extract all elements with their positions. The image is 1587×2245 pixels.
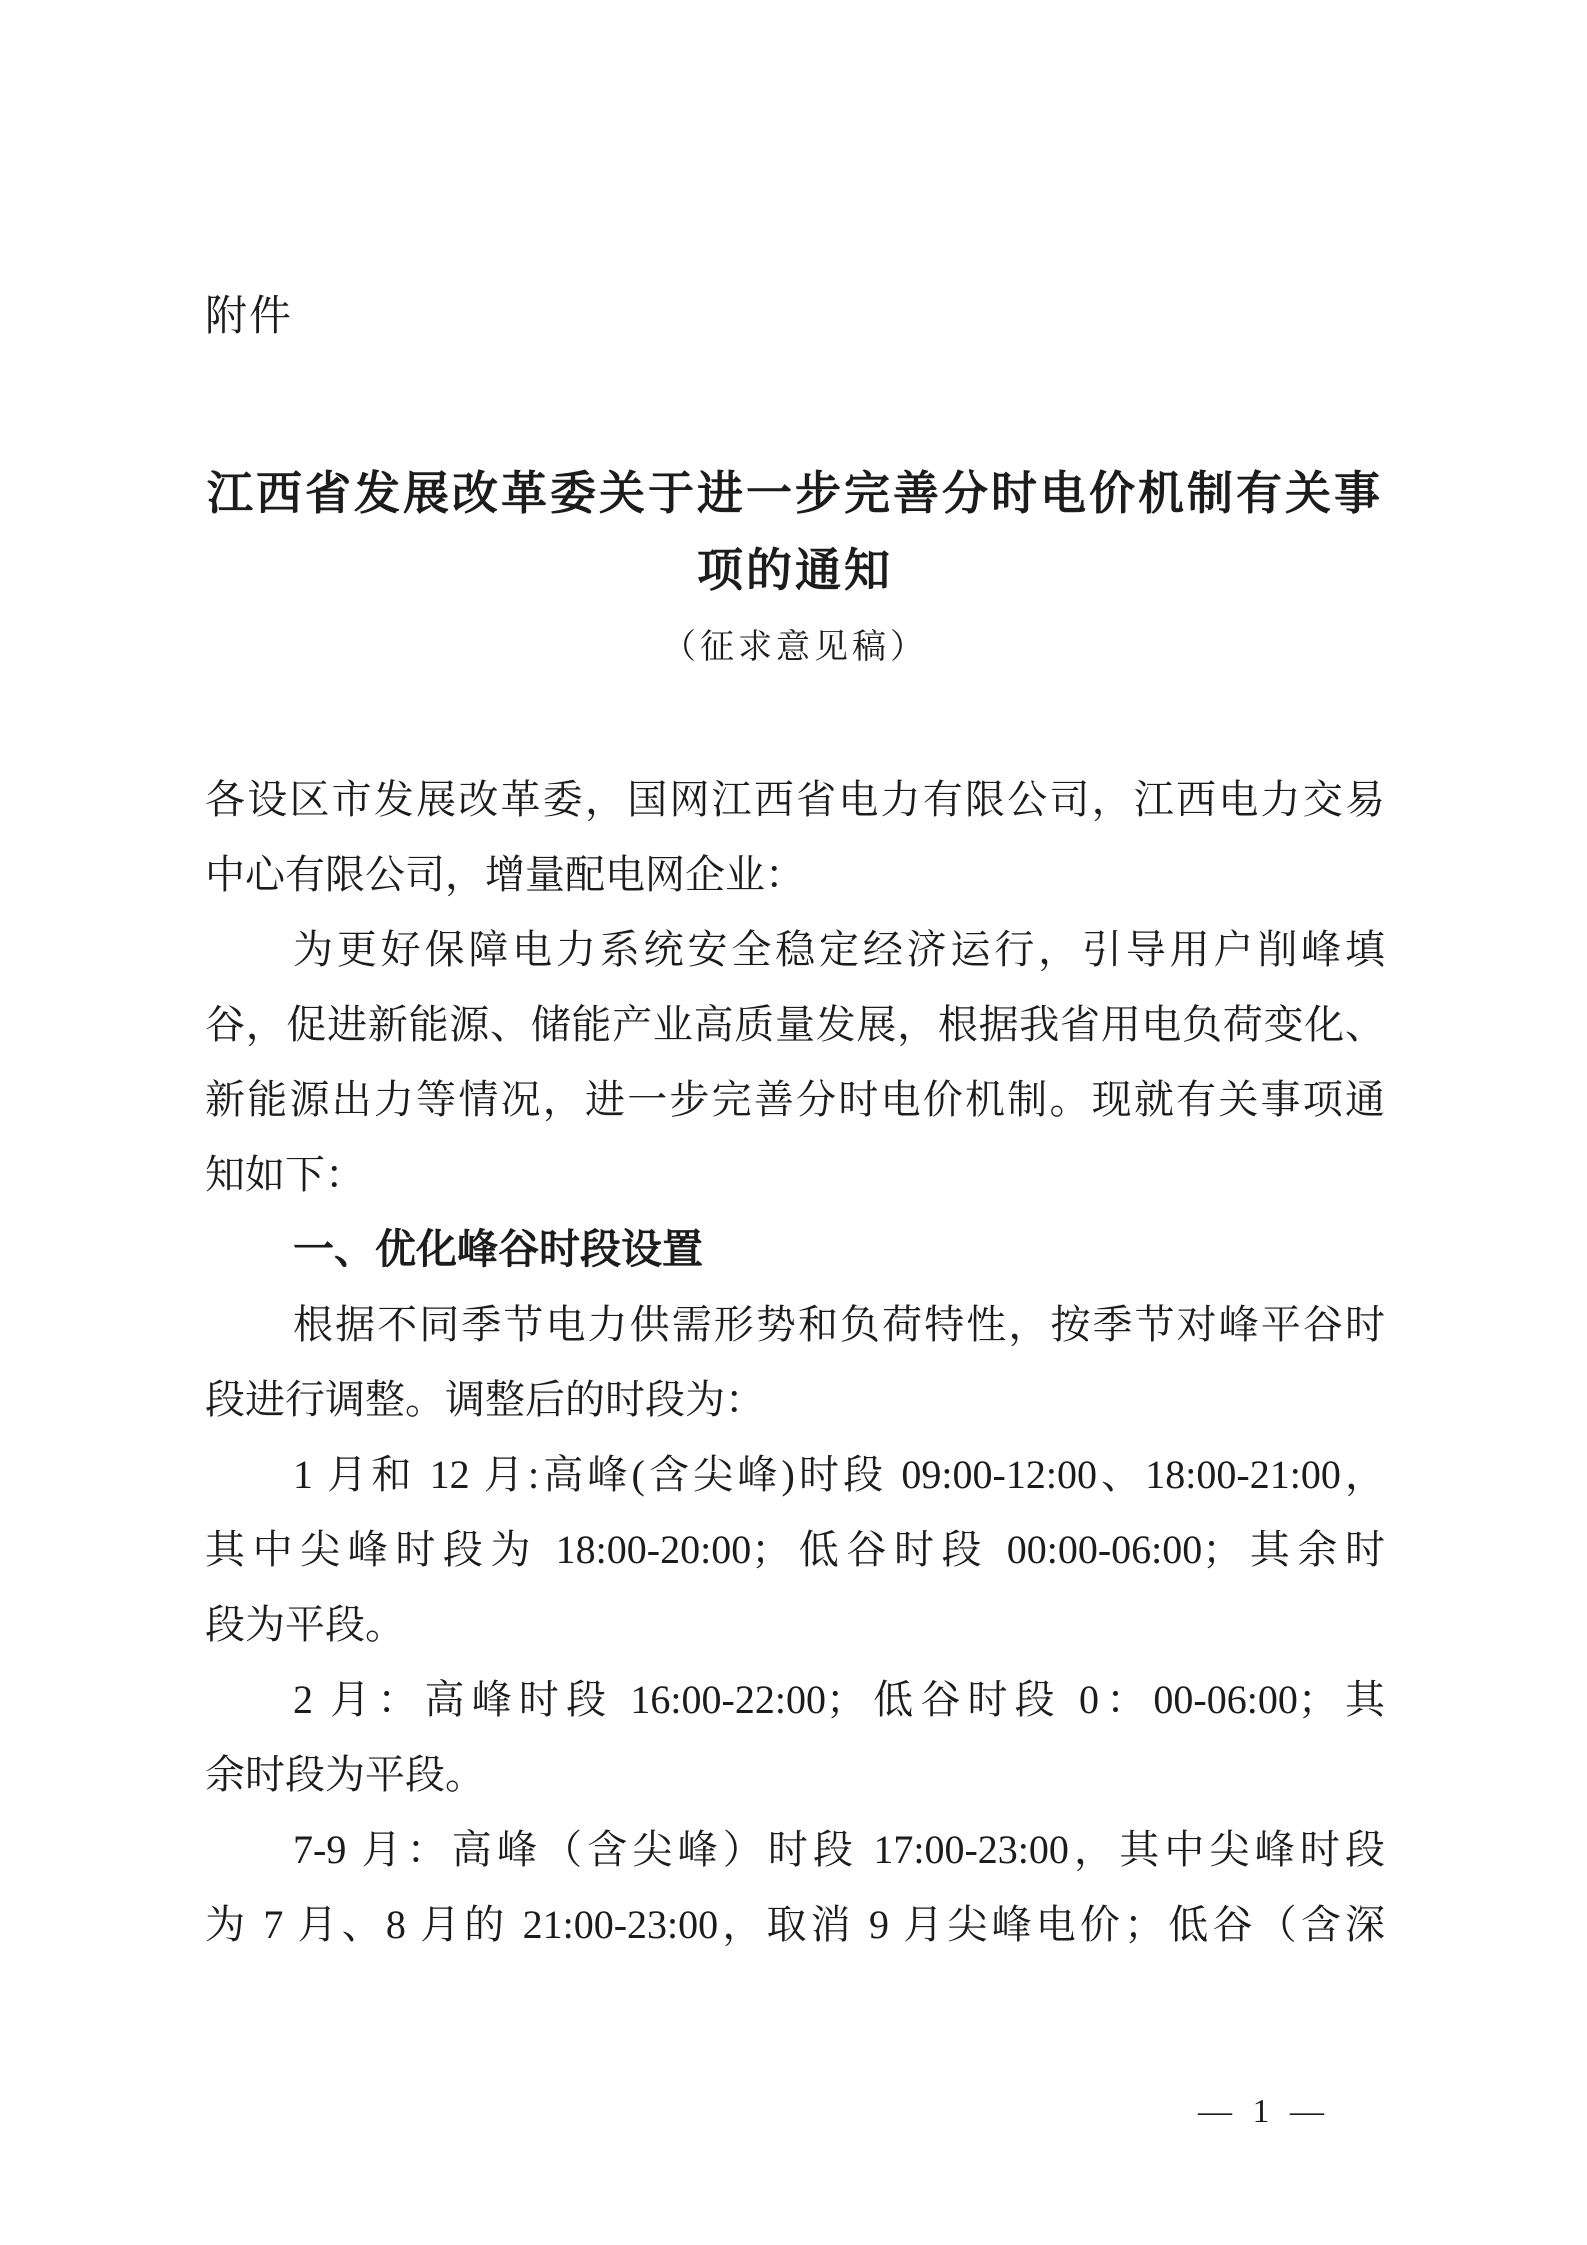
body-line: 知如下： xyxy=(205,1137,1385,1212)
page-number: — 1 — xyxy=(1198,2090,1330,2134)
body-line: 谷，促进新能源、储能产业高质量发展，根据我省用电负荷变化、 xyxy=(205,987,1385,1062)
body-line: 段进行调整。调整后的时段为： xyxy=(205,1362,1385,1437)
body-line: 为 7 月、8 月的 21:00-23:00，取消 9 月尖峰电价；低谷（含深 xyxy=(205,1887,1385,1962)
document-subtitle: （征求意见稿） xyxy=(205,623,1385,673)
document-title: 江西省发展改革委关于进一步完善分时电价机制有关事 项的通知 xyxy=(205,455,1385,609)
section-heading: 一、优化峰谷时段设置 xyxy=(205,1212,1385,1287)
body-line: 各设区市发展改革委，国网江西省电力有限公司，江西电力交易 xyxy=(205,762,1385,837)
body-line: 余时段为平段。 xyxy=(205,1737,1385,1812)
body-line: 7-9 月：高峰（含尖峰）时段 17:00-23:00，其中尖峰时段 xyxy=(205,1812,1385,1887)
body-line: 1 月和 12 月:高峰(含尖峰)时段 09:00-12:00、18:00-21… xyxy=(205,1437,1385,1512)
body-line: 2 月：高峰时段 16:00-22:00；低谷时段 0：00-06:00；其 xyxy=(205,1662,1385,1737)
document-title-line2: 项的通知 xyxy=(205,532,1385,609)
body-line: 段为平段。 xyxy=(205,1587,1385,1662)
body-line: 根据不同季节电力供需形势和负荷特性，按季节对峰平谷时 xyxy=(205,1287,1385,1362)
body-line: 中心有限公司，增量配电网企业： xyxy=(205,837,1385,912)
body-line: 为更好保障电力系统安全稳定经济运行，引导用户削峰填 xyxy=(205,912,1385,987)
body-line: 新能源出力等情况，进一步完善分时电价机制。现就有关事项通 xyxy=(205,1062,1385,1137)
attachment-label: 附件 xyxy=(205,288,293,344)
body-line: 其中尖峰时段为 18:00-20:00；低谷时段 00:00-06:00；其余时 xyxy=(205,1512,1385,1587)
document-title-line1: 江西省发展改革委关于进一步完善分时电价机制有关事 xyxy=(205,455,1385,532)
document-page: 附件 江西省发展改革委关于进一步完善分时电价机制有关事 项的通知 （征求意见稿）… xyxy=(0,0,1587,2245)
document-body: 各设区市发展改革委，国网江西省电力有限公司，江西电力交易中心有限公司，增量配电网… xyxy=(205,762,1385,1962)
